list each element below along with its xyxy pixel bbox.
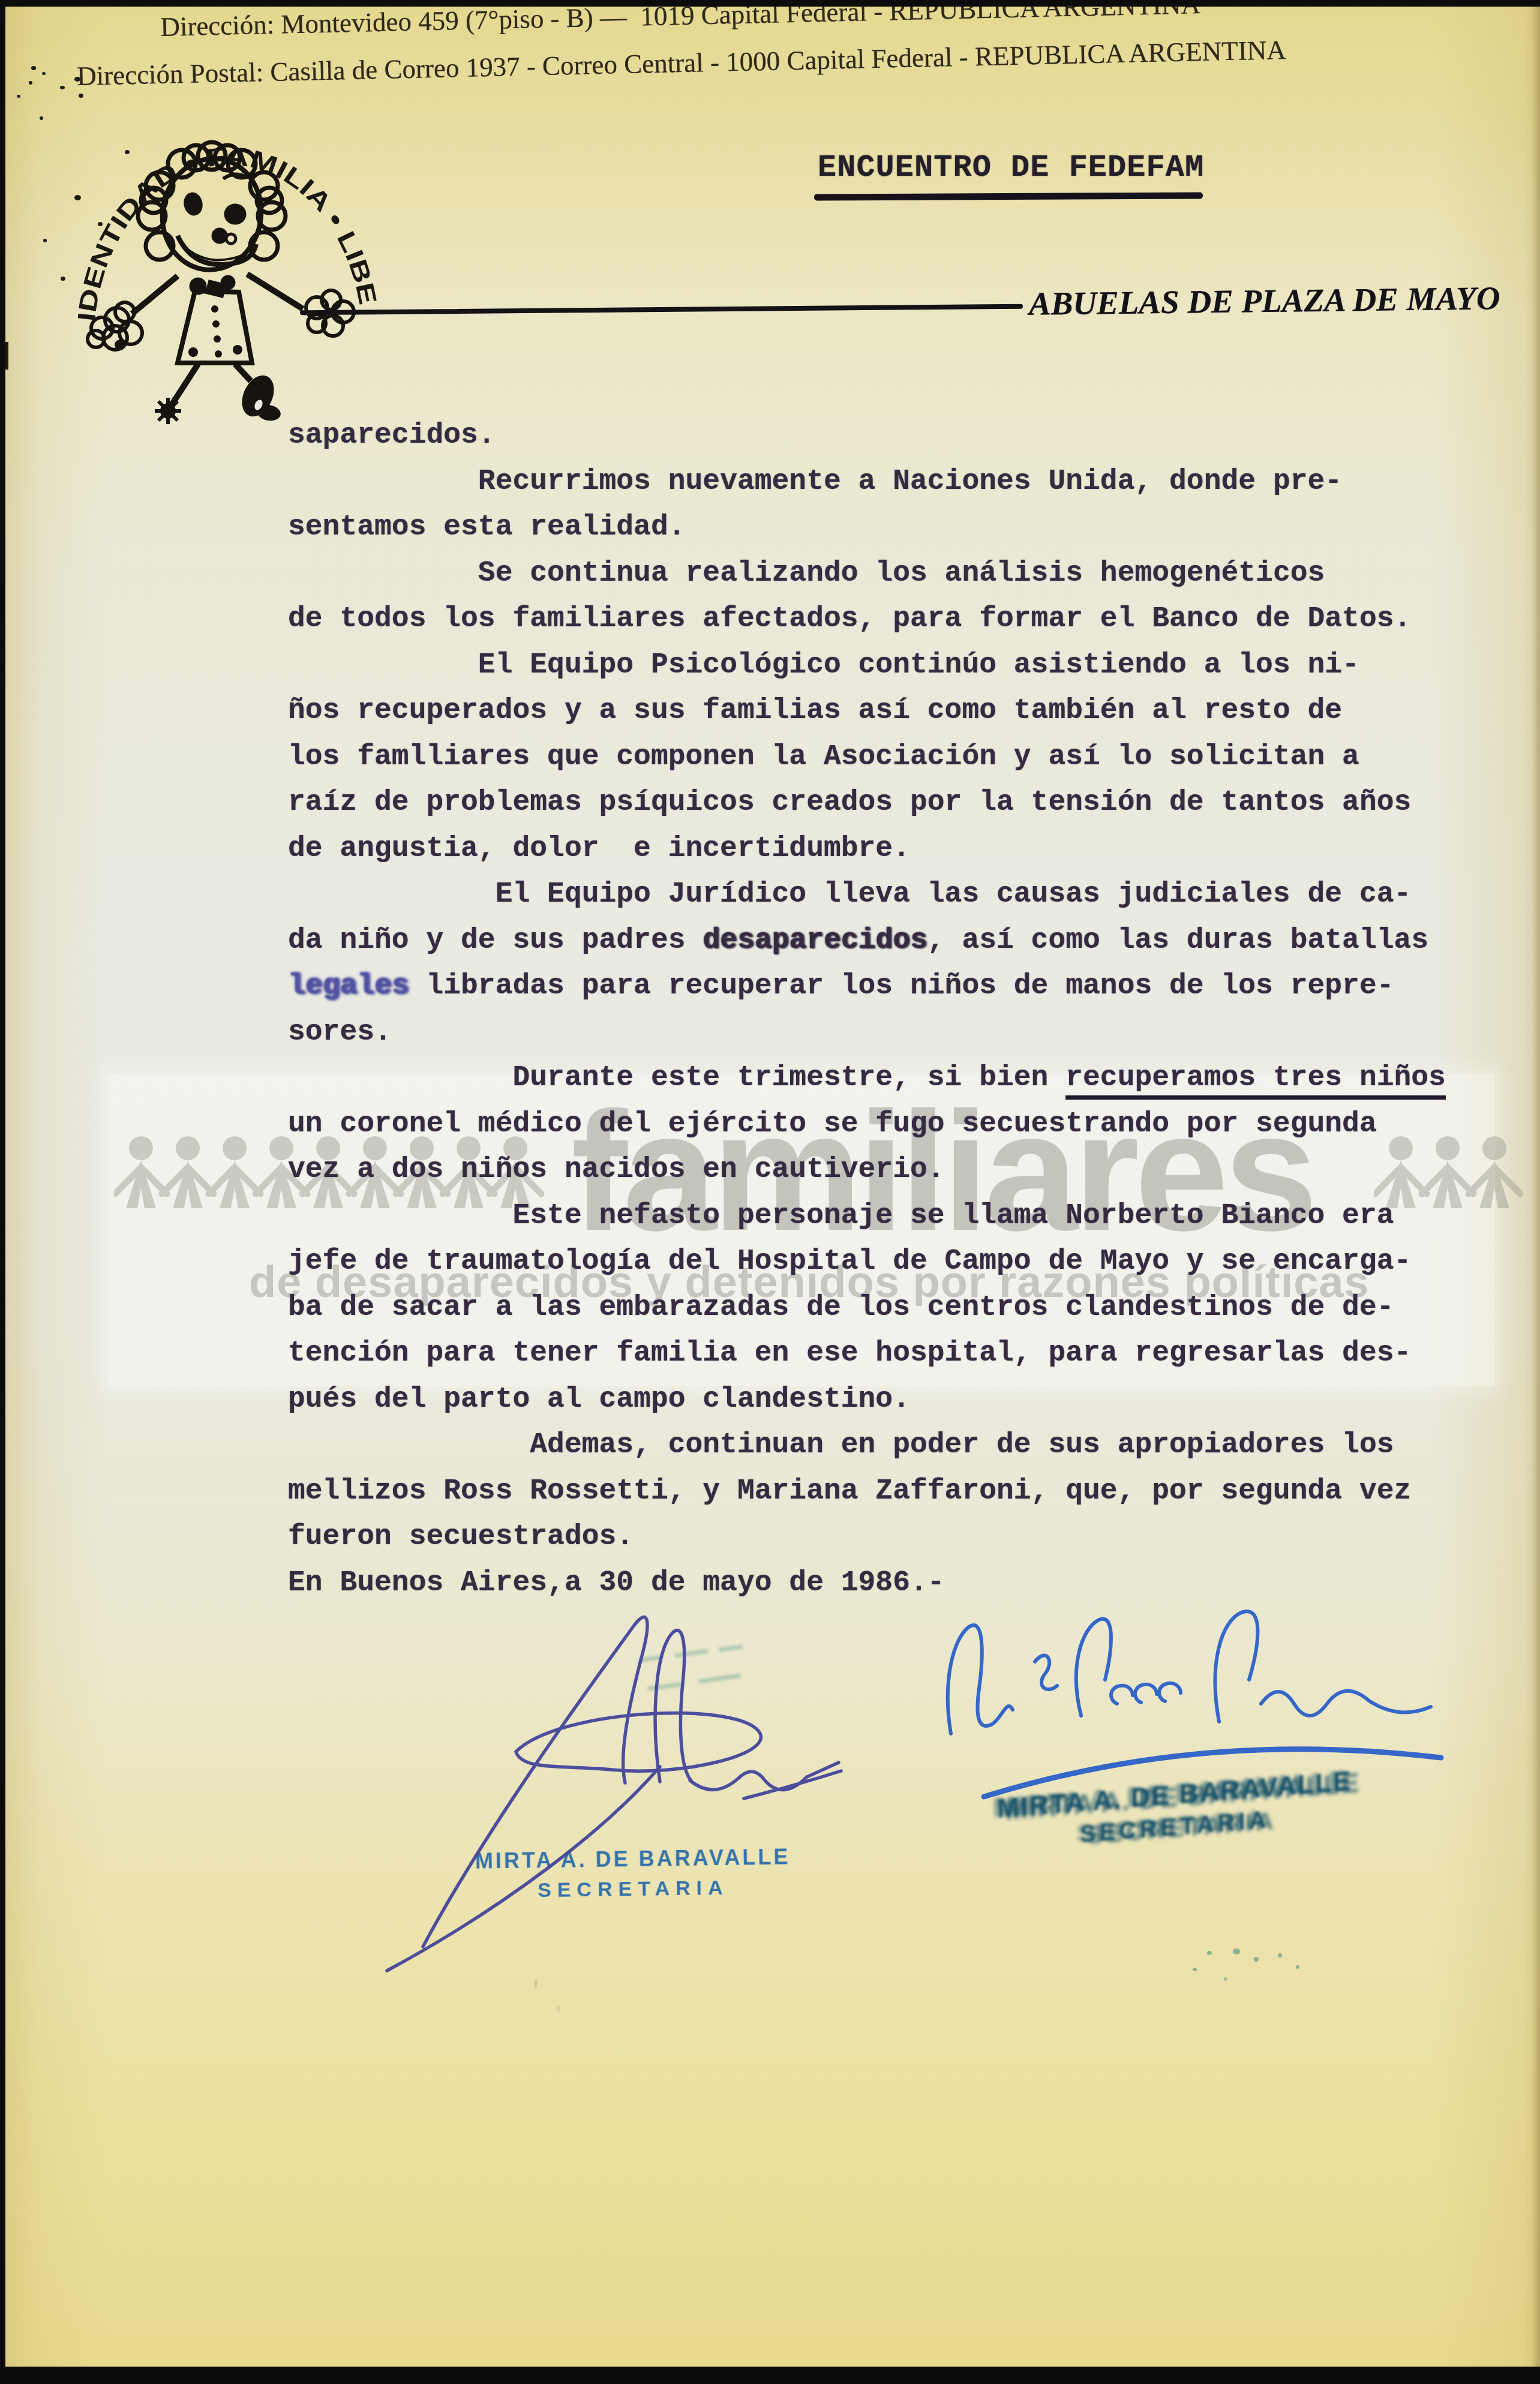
text-segment: tención para tener familia en ese hospit…: [288, 1337, 1411, 1370]
scan-speck: [29, 81, 32, 85]
text-segment: mellizos Ross Rossetti, y Mariana Zaffar…: [288, 1475, 1411, 1508]
scan-speck: [31, 66, 36, 70]
text-segment: sores.: [288, 1016, 392, 1049]
text-segment: Recurrimos nuevamente a Naciones Unida, …: [478, 466, 1342, 498]
body-line: El Equipo Psicológico continúo asistiend…: [288, 642, 1482, 689]
abuelas-doll-logo: IDENTIDAD • FAMILIA • LIBERTAD: [60, 81, 405, 429]
body-line: El Equipo Jurídico lleva las causas judi…: [288, 872, 1482, 918]
body-line: pués del parto al campo clandestino.: [288, 1377, 1482, 1423]
body-line: sores.: [288, 1010, 1482, 1056]
body-line: los famlliares que componen la Asociació…: [288, 734, 1482, 780]
body-line: un coronel médico del ejército se fugo s…: [288, 1101, 1482, 1148]
scan-edge-bottom: [0, 2367, 1540, 2384]
text-segment: pués del parto al campo clandestino.: [288, 1383, 910, 1416]
title-underline: [814, 193, 1203, 201]
signature-left: [387, 1617, 841, 1971]
scan-speck: [61, 277, 65, 281]
text-segment: Se continua realizando los análisis hemo…: [478, 557, 1325, 590]
body-line: tención para tener familia en ese hospit…: [288, 1331, 1482, 1377]
scan-speck: [98, 222, 103, 226]
body-line: raíz de problemas psíquicos creados por …: [288, 780, 1482, 826]
body-line: Ademas, continuan en poder de sus apropi…: [288, 1422, 1482, 1469]
letterhead-footer: Dirección: Montevideo 459 (7°piso - B) —…: [0, 0, 1362, 94]
body-line: Recurrimos nuevamente a Naciones Unida, …: [288, 459, 1482, 505]
text-segment: de todos los familiares afectados, para …: [288, 603, 1411, 635]
text-segment: recuperamos tres niños: [1065, 1062, 1446, 1100]
page-title: ENCUENTRO DE FEDEFAM: [818, 150, 1204, 185]
text-segment: , así como las duras batallas: [927, 924, 1428, 957]
body-line: de todos los familiares afectados, para …: [288, 596, 1482, 642]
body-line: saparecidos.: [288, 413, 1482, 459]
signatures: [324, 1560, 1500, 2040]
scan-edge-right: [1532, 0, 1540, 2384]
body-line: fueron secuestrados.: [288, 1514, 1482, 1560]
body-line: Este nefasto personaje se llama Norberto…: [288, 1193, 1482, 1239]
body-line: ños recuperados y a sus familias así com…: [288, 688, 1482, 734]
body-line: ba de sacar a las embarazadas de los cen…: [288, 1285, 1482, 1331]
text-segment: Ademas, continuan en poder de sus apropi…: [530, 1429, 1394, 1461]
text-segment: los famlliares que componen la Asociació…: [288, 741, 1359, 773]
scan-speck: [74, 77, 80, 82]
scan-speck: [43, 239, 47, 242]
pompom: [155, 398, 181, 424]
scan-speck: [125, 150, 130, 154]
text-segment: ños recuperados y a sus familias así com…: [288, 695, 1342, 727]
text-segment: legales: [288, 970, 409, 1002]
scan-speck: [17, 95, 20, 98]
signature-right: [948, 1611, 1441, 1797]
organization-name: ABUELAS DE PLAZA DE MAYO: [1029, 279, 1500, 323]
text-segment: Este nefasto personaje se llama Norberto…: [512, 1200, 1394, 1232]
text-segment: da niño y de sus padres: [288, 924, 703, 957]
text-segment: sentamos esta realidad.: [288, 511, 686, 544]
body-line: Durante este trimestre, si bien recupera…: [288, 1055, 1482, 1101]
text-segment: jefe de traumatología del Hospital de Ca…: [288, 1245, 1411, 1278]
text-segment: saparecidos.: [288, 419, 496, 452]
text-segment: un coronel médico del ejército se fugo s…: [288, 1108, 1377, 1140]
body-line: mellizos Ross Rossetti, y Mariana Zaffar…: [288, 1469, 1482, 1515]
scan-edge-top: [0, 0, 1540, 7]
scan-speck: [40, 116, 43, 120]
scan-speck: [42, 72, 46, 75]
body-line: Se continua realizando los análisis hemo…: [288, 551, 1482, 597]
text-segment: libradas para recuperar los niños de man…: [409, 970, 1394, 1002]
body-line: sentamos esta realidad.: [288, 505, 1482, 551]
text-segment: fueron secuestrados.: [288, 1521, 634, 1553]
body-line: da niño y de sus padres desaparecidos, a…: [288, 918, 1482, 964]
text-segment: vez a dos niños nacidos en cautiverio.: [288, 1154, 945, 1186]
scan-speck: [74, 195, 81, 200]
text-segment: desaparecidos: [703, 924, 927, 957]
body-line: legales libradas para recuperar los niño…: [288, 963, 1482, 1010]
text-segment: ba de sacar a las embarazadas de los cen…: [288, 1292, 1394, 1324]
scan-edge-left: [0, 0, 5, 2384]
text-segment: Durante este trimestre, si bien: [512, 1062, 1065, 1094]
scanned-letter-page: familiares de desaparecidos y detenidos …: [0, 0, 1540, 2384]
text-segment: de angustia, dolor e incertidumbre.: [288, 833, 910, 865]
text-segment: El Equipo Psicológico continúo asistiend…: [478, 649, 1359, 681]
body-line: de angustia, dolor e incertidumbre.: [288, 826, 1482, 872]
text-segment: raíz de problemas psíquicos creados por …: [288, 786, 1411, 819]
body-text: saparecidos. Recurrimos nuevamente a Nac…: [288, 413, 1482, 1606]
text-segment: El Equipo Jurídico lleva las causas judi…: [496, 878, 1412, 911]
scan-speck: [60, 86, 65, 89]
body-line: jefe de traumatología del Hospital de Ca…: [288, 1239, 1482, 1285]
organization-rule: [300, 304, 1023, 316]
stamp-residue: [639, 1647, 743, 1689]
body-line: vez a dos niños nacidos en cautiverio.: [288, 1147, 1482, 1193]
scan-speck: [79, 94, 83, 98]
